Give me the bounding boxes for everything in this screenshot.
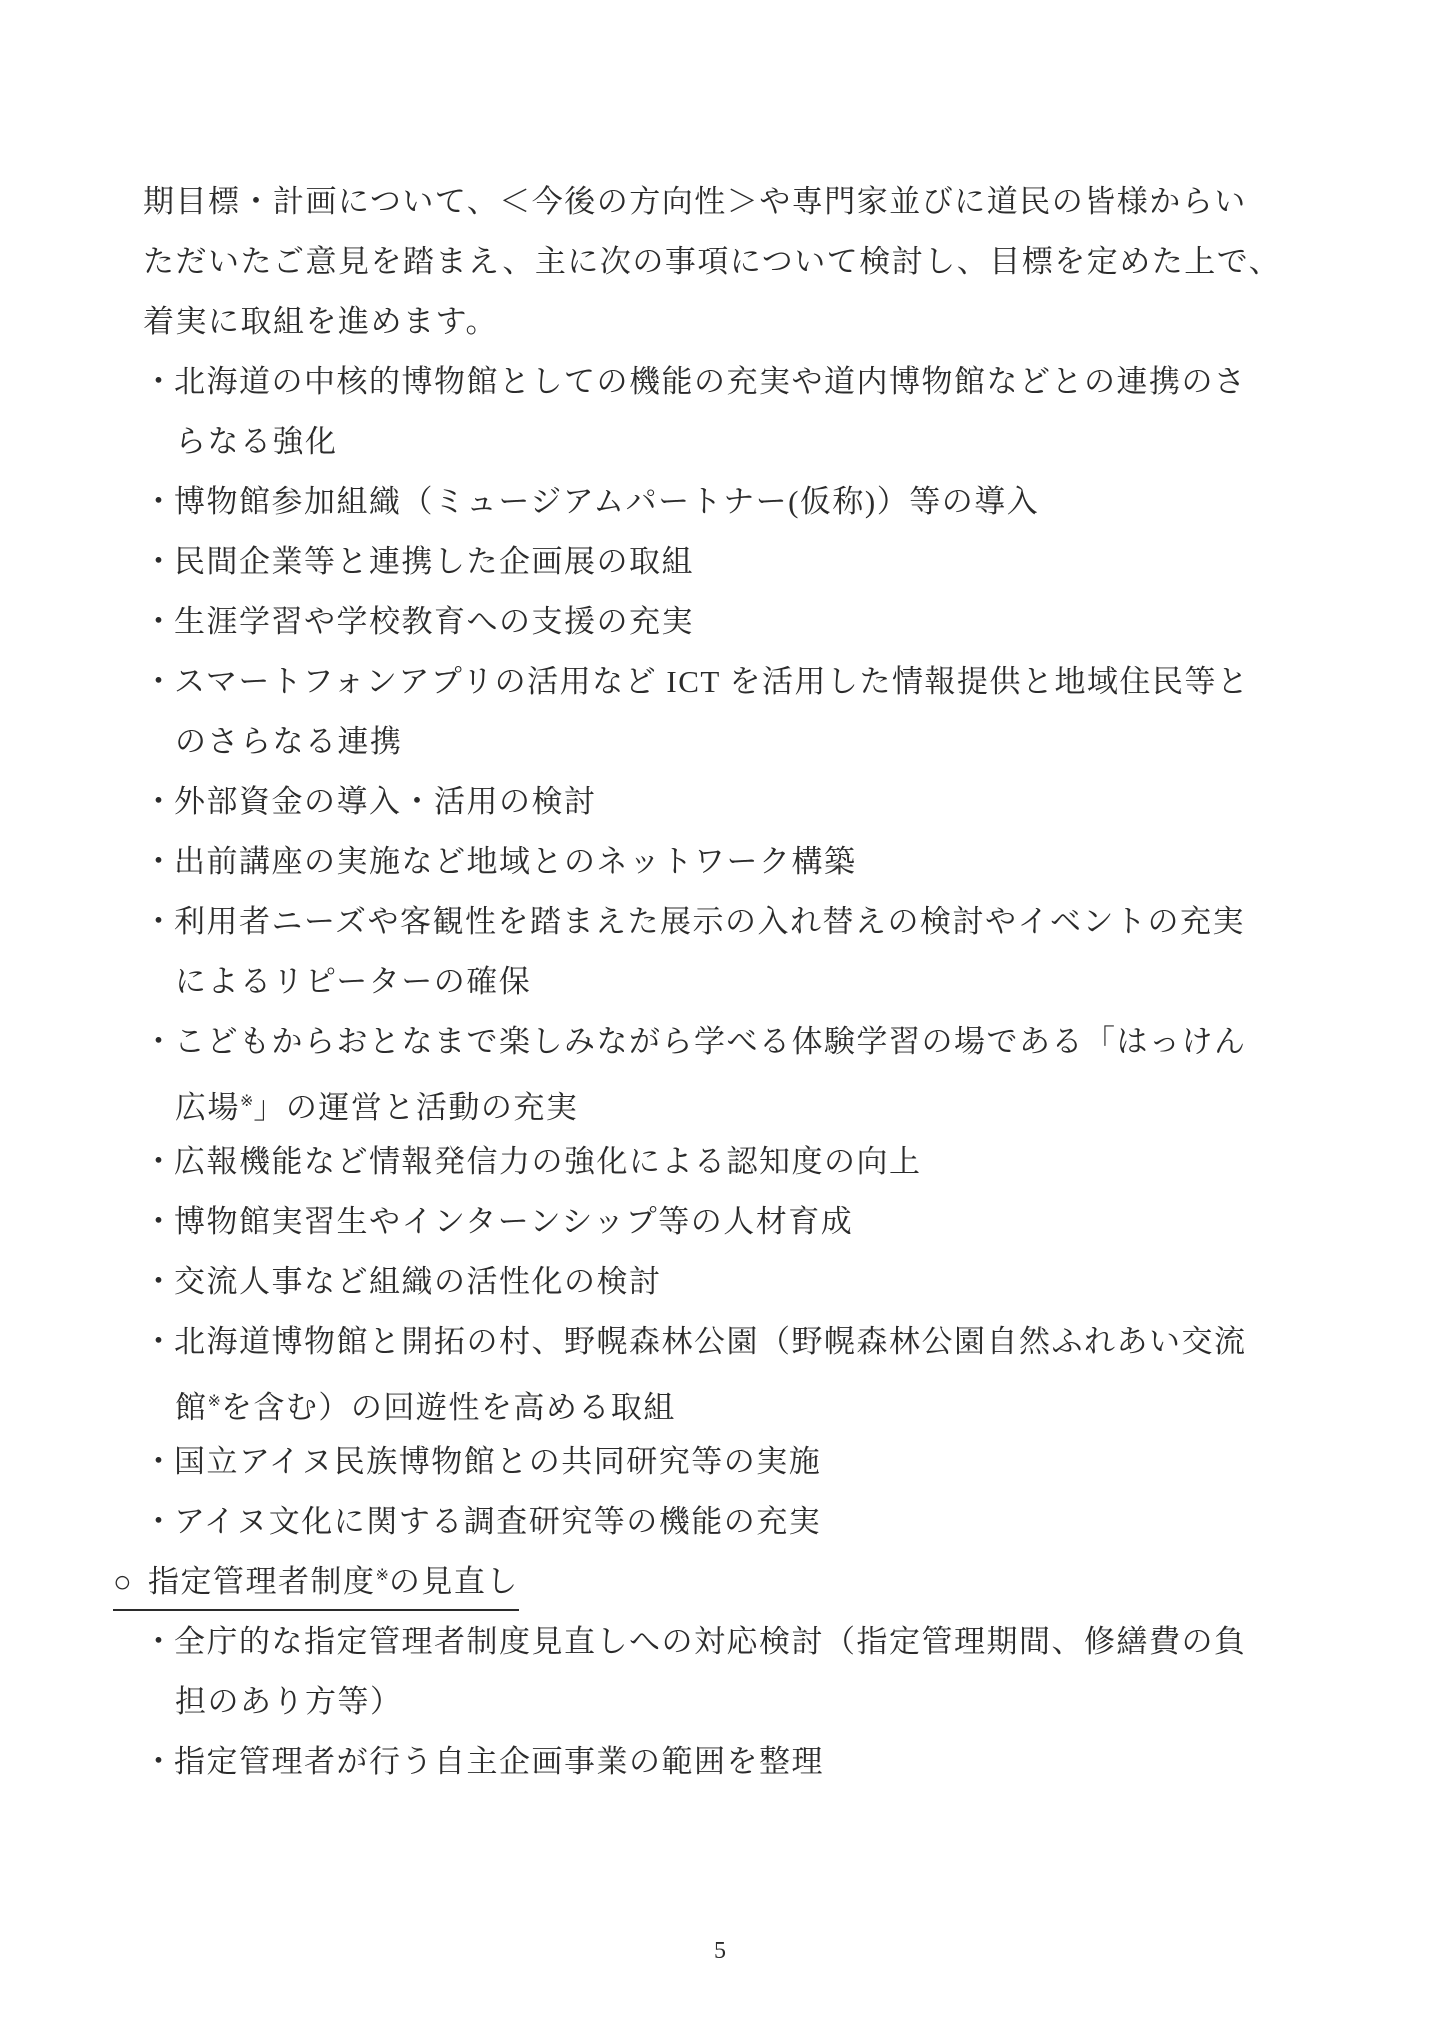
bullet-text: 指定管理者が行う自主企画事業の範囲を整理 (174, 1744, 824, 1779)
bullet-marker: ・ (143, 1432, 174, 1492)
bullet-marker: ・ (143, 1252, 174, 1312)
bullet-line: ・北海道博物館と開拓の村、野幌森林公園（野幌森林公園自然ふれあい交流 (143, 1312, 1281, 1372)
bullet-marker: ・ (143, 1612, 174, 1672)
bullet-marker: ・ (143, 1312, 174, 1372)
reference-mark: ※ (240, 1093, 253, 1110)
bullet-line: ・全庁的な指定管理者制度見直しへの対応検討（指定管理期間、修繕費の負 (143, 1612, 1281, 1672)
bullet-line: ・交流人事など組織の活性化の検討 (143, 1252, 1281, 1312)
bullet-text: 博物館参加組織（ミュージアムパートナー(仮称)）等の導入 (174, 484, 1039, 519)
bullet-text: 広報機能など情報発信力の強化による認知度の向上 (174, 1144, 922, 1179)
bullet-line: ・博物館実習生やインターンシップ等の人材育成 (143, 1192, 1281, 1252)
bullet-text: 北海道の中核的博物館としての機能の充実や道内博物館などとの連携のさ (174, 364, 1247, 399)
reference-mark: ※ (208, 1393, 221, 1410)
paragraph-line: 着実に取組を進めます。 (143, 292, 1281, 352)
bullet-text: アイヌ文化に関する調査研究等の機能の充実 (174, 1504, 821, 1539)
paragraph-line: ただいたご意見を踏まえ、主に次の事項について検討し、目標を定めた上で、 (143, 232, 1281, 292)
bullet-text: 全庁的な指定管理者制度見直しへの対応検討（指定管理期間、修繕費の負 (174, 1624, 1247, 1659)
bullet-marker: ・ (143, 472, 174, 532)
reference-mark: ※ (376, 1567, 389, 1584)
continuation-line: 館※を含む）の回遊性を高める取組 (143, 1372, 1281, 1432)
bullet-line: ・こどもからおとなまで楽しみながら学べる体験学習の場である「はっけん (143, 1012, 1281, 1072)
bullet-text: 出前講座の実施など地域とのネットワーク構築 (174, 844, 857, 879)
bullet-text: 交流人事など組織の活性化の検討 (174, 1264, 662, 1299)
bullet-marker: ・ (143, 1732, 174, 1792)
paragraph-line: 期目標・計画について、＜今後の方向性＞や専門家並びに道民の皆様からい (143, 172, 1281, 232)
bullet-marker: ・ (143, 1192, 174, 1252)
bullet-text: 民間企業等と連携した企画展の取組 (174, 544, 694, 579)
bullet-line: ・広報機能など情報発信力の強化による認知度の向上 (143, 1132, 1281, 1192)
continuation-line: のさらなる連携 (143, 712, 1281, 772)
bullet-text: こどもからおとなまで楽しみながら学べる体験学習の場である「はっけん (174, 1024, 1247, 1059)
bullet-line: ・北海道の中核的博物館としての機能の充実や道内博物館などとの連携のさ (143, 352, 1281, 412)
bullet-line: ・国立アイヌ民族博物館との共同研究等の実施 (143, 1432, 1281, 1492)
section-heading-text: 指定管理者制度※の見直し (148, 1564, 519, 1599)
continuation-line: 広場※」の運営と活動の充実 (143, 1072, 1281, 1132)
bullet-text: 北海道博物館と開拓の村、野幌森林公園（野幌森林公園自然ふれあい交流 (174, 1324, 1247, 1359)
bullet-text: 外部資金の導入・活用の検討 (174, 784, 597, 819)
document-page: 期目標・計画について、＜今後の方向性＞や専門家並びに道民の皆様からいただいたご意… (0, 0, 1440, 2037)
bullet-marker: ・ (143, 832, 174, 892)
bullet-line: ・利用者ニーズや客観性を踏まえた展示の入れ替えの検討やイベントの充実 (143, 892, 1281, 952)
continuation-line: によるリピーターの確保 (143, 952, 1281, 1012)
continuation-line: らなる強化 (143, 412, 1281, 472)
bullet-marker: ・ (143, 892, 174, 952)
section-heading-underline: ○指定管理者制度※の見直し (113, 1556, 519, 1611)
bullet-line: ・スマートフォンアプリの活用など ICT を活用した情報提供と地域住民等と (143, 652, 1281, 712)
section-heading: ○指定管理者制度※の見直し (113, 1552, 1281, 1612)
bullet-text: 生涯学習や学校教育への支援の充実 (174, 604, 694, 639)
bullet-marker: ・ (143, 1492, 174, 1552)
bullet-text: スマートフォンアプリの活用など ICT を活用した情報提供と地域住民等と (174, 664, 1250, 699)
bullet-text: 利用者ニーズや客観性を踏まえた展示の入れ替えの検討やイベントの充実 (174, 904, 1245, 939)
bullet-marker: ・ (143, 532, 174, 592)
bullet-line: ・外部資金の導入・活用の検討 (143, 772, 1281, 832)
bullet-line: ・指定管理者が行う自主企画事業の範囲を整理 (143, 1732, 1281, 1792)
bullet-line: ・出前講座の実施など地域とのネットワーク構築 (143, 832, 1281, 892)
page-number: 5 (0, 1938, 1440, 1965)
bullet-marker: ・ (143, 352, 174, 412)
document-body: 期目標・計画について、＜今後の方向性＞や専門家並びに道民の皆様からいただいたご意… (143, 172, 1281, 1792)
bullet-marker: ・ (143, 1132, 174, 1192)
bullet-marker: ・ (143, 592, 174, 652)
bullet-marker: ・ (143, 1012, 174, 1072)
bullet-line: ・生涯学習や学校教育への支援の充実 (143, 592, 1281, 652)
bullet-marker: ・ (143, 772, 174, 832)
continuation-line: 担のあり方等） (143, 1672, 1281, 1732)
bullet-text: 国立アイヌ民族博物館との共同研究等の実施 (174, 1444, 821, 1479)
bullet-line: ・博物館参加組織（ミュージアムパートナー(仮称)）等の導入 (143, 472, 1281, 532)
bullet-marker: ・ (143, 652, 174, 712)
bullet-line: ・民間企業等と連携した企画展の取組 (143, 532, 1281, 592)
bullet-text: 博物館実習生やインターンシップ等の人材育成 (174, 1204, 853, 1239)
heading-circle-marker: ○ (113, 1562, 148, 1602)
bullet-line: ・アイヌ文化に関する調査研究等の機能の充実 (143, 1492, 1281, 1552)
